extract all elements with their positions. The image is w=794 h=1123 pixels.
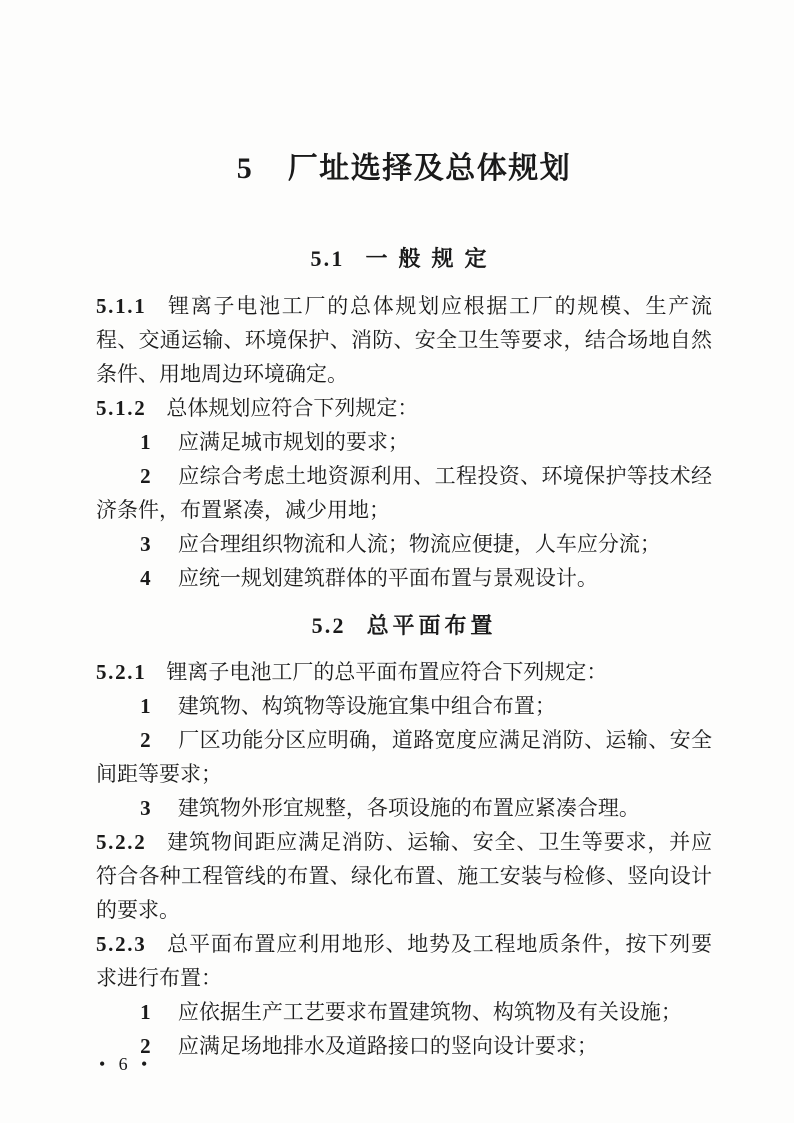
page-content: 5厂址选择及总体规划 5.1一般规定 5.1.1锂离子电池工厂的总体规划应根据工…	[96, 148, 712, 1063]
clause-text: 建筑物间距应满足消防、运输、安全、卫生等要求，并应符合各种工程管线的布置、绿化布…	[96, 830, 712, 922]
item-text: 应依据生产工艺要求布置建筑物、构筑物及有关设施；	[178, 1000, 682, 1024]
item-text: 应满足场地排水及道路接口的竖向设计要求；	[178, 1034, 598, 1058]
item-number: 1	[140, 430, 151, 454]
clause-5-1-1: 5.1.1锂离子电池工厂的总体规划应根据工厂的规模、生产流程、交通运输、环境保护…	[96, 289, 712, 391]
item-text: 建筑物外形宜规整，各项设施的布置应紧凑合理。	[178, 796, 640, 820]
clause-text: 总平面布置应利用地形、地势及工程地质条件，按下列要求进行布置：	[96, 932, 712, 990]
clause-5-2-1: 5.2.1锂离子电池工厂的总平面布置应符合下列规定：	[96, 655, 712, 689]
list-item-5-2-1-2: 2厂区功能分区应明确，道路宽度应满足消防、运输、安全间距等要求；	[96, 723, 712, 791]
item-text: 应合理组织物流和人流；物流应便捷，人车应分流；	[178, 532, 661, 556]
clause-number: 5.2.2	[96, 830, 146, 854]
item-number: 1	[140, 1000, 151, 1024]
document-page: 5厂址选择及总体规划 5.1一般规定 5.1.1锂离子电池工厂的总体规划应根据工…	[0, 0, 794, 1123]
item-number: 2	[140, 464, 151, 488]
chapter-title-text: 厂址选择及总体规划	[288, 152, 572, 185]
list-item-5-2-3-2: 2应满足场地排水及道路接口的竖向设计要求；	[96, 1029, 712, 1063]
list-item-5-1-2-2: 2应综合考虑土地资源利用、工程投资、环境保护等技术经济条件，布置紧凑，减少用地；	[96, 459, 712, 527]
item-text: 厂区功能分区应明确，道路宽度应满足消防、运输、安全间距等要求；	[96, 728, 712, 786]
section-heading-5-1: 5.1一般规定	[96, 244, 712, 274]
list-item-5-1-2-3: 3应合理组织物流和人流；物流应便捷，人车应分流；	[96, 527, 712, 561]
list-item-5-1-2-4: 4应统一规划建筑群体的平面布置与景观设计。	[96, 561, 712, 595]
item-number: 3	[140, 532, 151, 556]
clause-5-2-3: 5.2.3总平面布置应利用地形、地势及工程地质条件，按下列要求进行布置：	[96, 927, 712, 995]
list-item-5-2-3-1: 1应依据生产工艺要求布置建筑物、构筑物及有关设施；	[96, 995, 712, 1029]
clause-number: 5.2.1	[96, 660, 146, 684]
clause-5-1-2: 5.1.2总体规划应符合下列规定：	[96, 391, 712, 425]
section-number: 5.1	[310, 246, 344, 271]
item-number: 3	[140, 796, 151, 820]
chapter-title: 5厂址选择及总体规划	[96, 148, 712, 190]
section-title: 一般规定	[365, 246, 497, 271]
item-text: 应统一规划建筑群体的平面布置与景观设计。	[178, 566, 598, 590]
item-text: 建筑物、构筑物等设施宜集中组合布置；	[178, 694, 556, 718]
clause-5-2-2: 5.2.2建筑物间距应满足消防、运输、安全、卫生等要求，并应符合各种工程管线的布…	[96, 825, 712, 927]
clause-text: 锂离子电池工厂的总体规划应根据工厂的规模、生产流程、交通运输、环境保护、消防、安…	[96, 294, 712, 386]
chapter-number: 5	[237, 152, 254, 185]
item-text: 应满足城市规划的要求；	[178, 430, 409, 454]
item-number: 2	[140, 728, 151, 752]
page-number: • 6 •	[99, 1053, 149, 1075]
section-heading-5-2: 5.2总平面布置	[96, 611, 712, 641]
list-item-5-1-2-1: 1应满足城市规划的要求；	[96, 425, 712, 459]
section-number: 5.2	[312, 613, 346, 638]
section-title: 总平面布置	[367, 613, 497, 638]
item-text: 应综合考虑土地资源利用、工程投资、环境保护等技术经济条件，布置紧凑，减少用地；	[96, 464, 712, 522]
item-number: 1	[140, 694, 151, 718]
clause-number: 5.2.3	[96, 932, 146, 956]
clause-number: 5.1.2	[96, 396, 146, 420]
clause-number: 5.1.1	[96, 294, 146, 318]
list-item-5-2-1-3: 3建筑物外形宜规整，各项设施的布置应紧凑合理。	[96, 791, 712, 825]
clause-text: 总体规划应符合下列规定：	[166, 396, 418, 420]
item-number: 4	[140, 566, 151, 590]
clause-text: 锂离子电池工厂的总平面布置应符合下列规定：	[166, 660, 607, 684]
list-item-5-2-1-1: 1建筑物、构筑物等设施宜集中组合布置；	[96, 689, 712, 723]
